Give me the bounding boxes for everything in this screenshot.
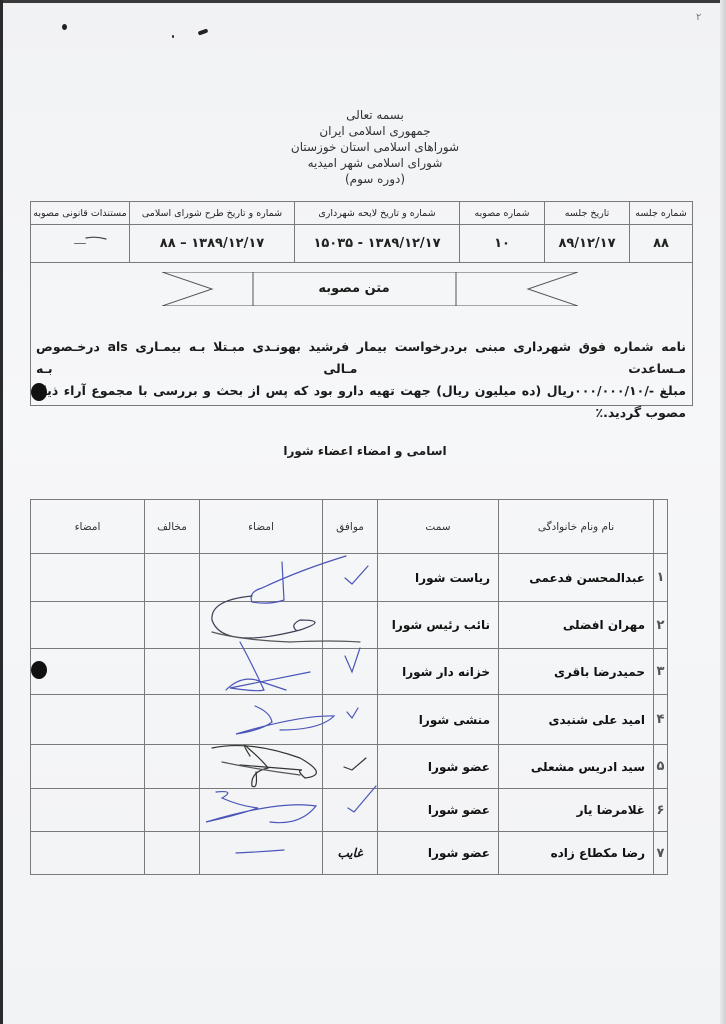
header-row-number bbox=[654, 500, 668, 554]
approval-title: متن مصوبه bbox=[253, 276, 455, 302]
member-role: منشی شورا bbox=[378, 695, 499, 745]
municipality-bill: ۱۳۸۹/۱۲/۱۷ - ۱۵۰۳۵ bbox=[295, 225, 460, 263]
oppose-signature bbox=[31, 649, 145, 695]
agree-signature bbox=[200, 649, 323, 695]
oppose-signature bbox=[31, 695, 145, 745]
oppose-mark bbox=[145, 745, 200, 789]
table-row: ۵ سید ادریس مشعلی عضو شورا ✓ bbox=[31, 745, 668, 789]
session-date: ۸۹/۱۲/۱۷ bbox=[545, 225, 630, 263]
header-role: سمت bbox=[378, 500, 499, 554]
table-row: ۷ رضا مکطاع زاده عضو شورا غایب bbox=[31, 832, 668, 875]
page-number: ۲ bbox=[696, 12, 701, 23]
row-number: ۵ bbox=[654, 745, 668, 789]
ink-speck bbox=[62, 24, 67, 30]
header-legal-basis: مستندات قانونی مصوبه bbox=[31, 202, 130, 225]
member-name: سید ادریس مشعلی bbox=[499, 745, 654, 789]
table-row: ۶ غلامرضا یار عضو شورا ✓ bbox=[31, 789, 668, 832]
agree-signature bbox=[200, 554, 323, 602]
letterhead-line: (دوره سوم) bbox=[250, 171, 500, 187]
row-number: ۴ bbox=[654, 695, 668, 745]
header-agree: موافق bbox=[323, 500, 378, 554]
letterhead-line: جمهوری اسلامی ایران bbox=[250, 123, 500, 139]
member-name: رضا مکطاع زاده bbox=[499, 832, 654, 875]
agree-signature bbox=[200, 832, 323, 875]
scan-edge-left bbox=[0, 0, 3, 1024]
member-role: خزانه دار شورا bbox=[378, 649, 499, 695]
punch-hole bbox=[31, 661, 47, 679]
table-header-row: شماره جلسه تاریخ جلسه شماره مصوبه شماره … bbox=[31, 202, 693, 225]
scan-edge-right bbox=[720, 0, 726, 1024]
member-name: غلامرضا یار bbox=[499, 789, 654, 832]
agree-signature bbox=[200, 745, 323, 789]
oppose-mark bbox=[145, 554, 200, 602]
letterhead: بسمه تعالی جمهوری اسلامی ایران شوراهای ا… bbox=[250, 107, 500, 187]
header-agree-signature: امضاء bbox=[200, 500, 323, 554]
member-name: امید علی شنبدی bbox=[499, 695, 654, 745]
oppose-signature bbox=[31, 554, 145, 602]
resolution-number: ۱۰ bbox=[460, 225, 545, 263]
agree-signature bbox=[200, 602, 323, 649]
oppose-mark bbox=[145, 789, 200, 832]
row-number: ۳ bbox=[654, 649, 668, 695]
member-name: حمیدرضا باقری bbox=[499, 649, 654, 695]
oppose-mark bbox=[145, 649, 200, 695]
table-header-row: نام ونام خانوادگی سمت موافق امضاء مخالف … bbox=[31, 500, 668, 554]
agree-signature bbox=[200, 695, 323, 745]
table-row: ۴ امید علی شنبدی منشی شورا ✓ bbox=[31, 695, 668, 745]
member-role: نائب رئیس شورا bbox=[378, 602, 499, 649]
ink-speck bbox=[172, 35, 174, 38]
row-number: ۷ bbox=[654, 832, 668, 875]
approval-body: نامه شماره فوق شهرداری مبنی بردرخواست بی… bbox=[36, 336, 686, 424]
header-resolution-number: شماره مصوبه bbox=[460, 202, 545, 225]
letterhead-line: شورای اسلامی شهر امیدیه bbox=[250, 155, 500, 171]
scan-edge-top bbox=[0, 0, 726, 3]
agree-mark: ✓ bbox=[323, 554, 378, 602]
header-municipality-bill: شماره و تاریخ لایحه شهرداری bbox=[295, 202, 460, 225]
agree-mark: ✓ bbox=[323, 695, 378, 745]
member-name: مهران افضلی bbox=[499, 602, 654, 649]
approval-line-2: مبلغ -/۰۰۰/۰۰۰/۱۰ریال (ده میلیون ریال) ج… bbox=[36, 380, 686, 424]
oppose-mark bbox=[145, 602, 200, 649]
agree-mark: غایب bbox=[323, 832, 378, 875]
row-number: ۶ bbox=[654, 789, 668, 832]
letterhead-line: شوراهای اسلامی استان خوزستان bbox=[250, 139, 500, 155]
letterhead-line: بسمه تعالی bbox=[250, 107, 500, 123]
punch-hole bbox=[31, 383, 47, 401]
table-row: ۱ عبدالمحسن فدعمی ریاست شورا ✓ bbox=[31, 554, 668, 602]
member-role: عضو شورا bbox=[378, 745, 499, 789]
council-plan: ۱۳۸۹/۱۲/۱۷ – ۸۸ bbox=[130, 225, 295, 263]
header-oppose-signature: امضاء bbox=[31, 500, 145, 554]
oppose-signature bbox=[31, 602, 145, 649]
legal-basis: — bbox=[31, 225, 130, 263]
oppose-signature bbox=[31, 745, 145, 789]
member-role: عضو شورا bbox=[378, 832, 499, 875]
table-row: ۲ مهران افضلی نائب رئیس شورا bbox=[31, 602, 668, 649]
oppose-signature bbox=[31, 832, 145, 875]
agree-mark: ✓ bbox=[323, 745, 378, 789]
members-table: نام ونام خانوادگی سمت موافق امضاء مخالف … bbox=[30, 499, 668, 875]
table-row: ۳ حمیدرضا باقری خزانه دار شورا ✓ bbox=[31, 649, 668, 695]
ink-speck bbox=[198, 28, 209, 35]
oppose-signature bbox=[31, 789, 145, 832]
oppose-mark bbox=[145, 832, 200, 875]
row-number: ۲ bbox=[654, 602, 668, 649]
agree-signature bbox=[200, 789, 323, 832]
row-number: ۱ bbox=[654, 554, 668, 602]
header-council-plan: شماره و تاریخ طرح شورای اسلامی bbox=[130, 202, 295, 225]
member-role: ریاست شورا bbox=[378, 554, 499, 602]
resolution-meta-table: شماره جلسه تاریخ جلسه شماره مصوبه شماره … bbox=[30, 201, 693, 263]
agree-mark: ✓ bbox=[323, 649, 378, 695]
member-role: عضو شورا bbox=[378, 789, 499, 832]
members-section-title: اسامی و امضاء اعضاء شورا bbox=[200, 444, 530, 458]
header-name: نام ونام خانوادگی bbox=[499, 500, 654, 554]
header-oppose: مخالف bbox=[145, 500, 200, 554]
table-row: ۸۸ ۸۹/۱۲/۱۷ ۱۰ ۱۳۸۹/۱۲/۱۷ - ۱۵۰۳۵ ۱۳۸۹/۱… bbox=[31, 225, 693, 263]
scanned-page: ۲ بسمه تعالی جمهوری اسلامی ایران شوراهای… bbox=[0, 0, 726, 1024]
session-number: ۸۸ bbox=[630, 225, 693, 263]
agree-mark bbox=[323, 602, 378, 649]
approval-line-1: نامه شماره فوق شهرداری مبنی بردرخواست بی… bbox=[36, 336, 686, 380]
agree-mark: ✓ bbox=[323, 789, 378, 832]
member-name: عبدالمحسن فدعمی bbox=[499, 554, 654, 602]
oppose-mark bbox=[145, 695, 200, 745]
header-session-date: تاریخ جلسه bbox=[545, 202, 630, 225]
header-session-number: شماره جلسه bbox=[630, 202, 693, 225]
